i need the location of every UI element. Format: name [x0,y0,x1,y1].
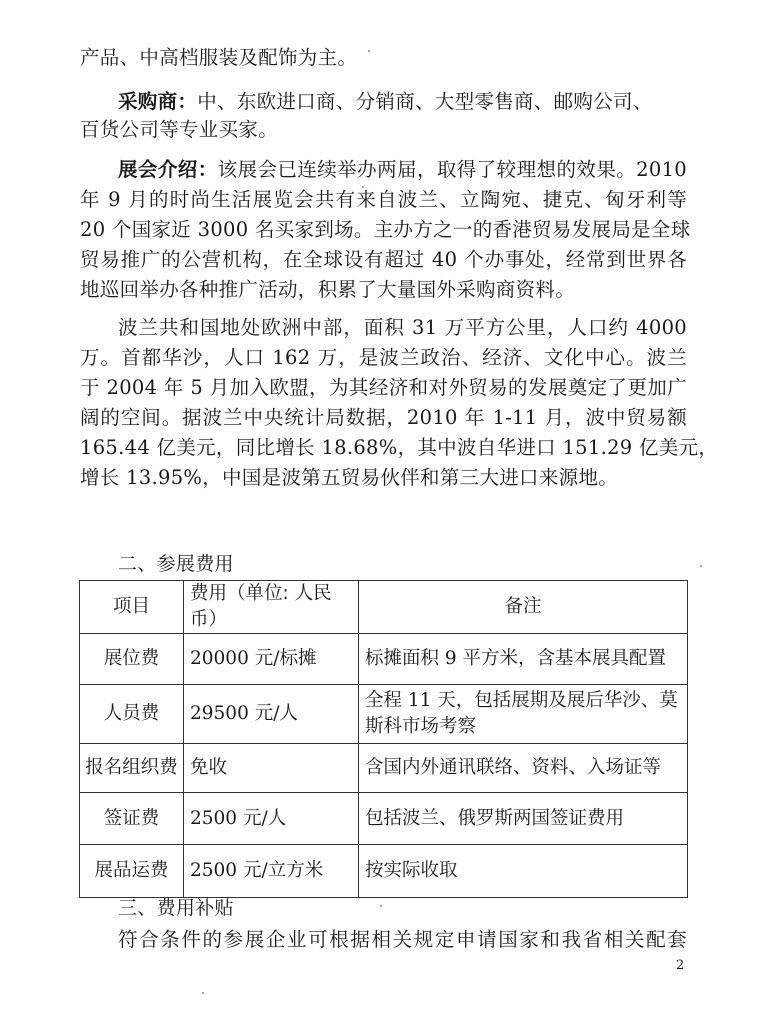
fee-cell: 20000 元/标摊 [184,634,359,685]
column-header: 项目 [80,581,184,634]
table-row: 报名组织费 免收 含国内外通讯联络、资料、入场证等 [80,744,688,793]
page-number: 2 [676,958,684,973]
item-cell: 展品运费 [80,845,184,898]
paragraph-line: 年 9 月的时尚生活展览会共有来自波兰、立陶宛、捷克、匈牙利等 [80,188,687,212]
paragraph-line: 万。首都华沙，人口 162 万，是波兰政治、经济、文化中心。波兰 [80,346,687,370]
scan-speck [368,50,370,52]
paragraph-line: 贸易推广的公营机构，在全球设有超过 40 个办事处，经常到世界各 [80,248,687,272]
paragraph-line: 165.44 亿美元，同比增长 18.68%，其中波自华进口 151.29 亿美… [80,436,687,460]
paragraph-line: 符合条件的参展企业可根据相关规定申请国家和我省相关配套 [118,928,687,952]
intro-paragraph: 展会介绍：该展会已连续举办两届，取得了较理想的效果。2010 [118,158,687,182]
fee-table: 项目 费用（单位: 人民币） 备注 展位费 20000 元/标摊 标摊面积 9 … [79,580,688,898]
note-cell: 包括波兰、俄罗斯两国签证费用 [359,793,688,845]
item-cell: 展位费 [80,634,184,685]
fee-cell: 2500 元/人 [184,793,359,845]
paragraph-line: 于 2004 年 5 月加入欧盟，为其经济和对外贸易的发展奠定了更加广 [80,376,687,400]
buyers-paragraph: 采购商：中、东欧进口商、分销商、大型零售商、邮购公司、 [118,90,687,114]
paragraph-line: 百货公司等专业买家。 [80,118,278,142]
paragraph-line: 地巡回举办各种推广活动，积累了大量国外采购商资料。 [80,278,575,302]
section-heading-fees: 二、参展费用 [118,552,234,576]
table-row: 人员费 29500 元/人 全程 11 天，包括展期及展后华沙、莫斯科市场考察 [80,685,688,744]
note-cell: 标摊面积 9 平方米，含基本展具配置 [359,634,688,685]
table-row: 展品运费 2500 元/立方米 按实际收取 [80,845,688,898]
table-header-row: 项目 费用（单位: 人民币） 备注 [80,581,688,634]
scan-speck [202,992,204,994]
item-cell: 人员费 [80,685,184,744]
paragraph-line: 该展会已连续举办两届，取得了较理想的效果。2010 [218,158,687,181]
note-cell: 全程 11 天，包括展期及展后华沙、莫斯科市场考察 [359,685,688,744]
note-cell: 含国内外通讯联络、资料、入场证等 [359,744,688,793]
buyers-label: 采购商： [118,90,197,113]
fee-cell: 免收 [184,744,359,793]
item-cell: 报名组织费 [80,744,184,793]
note-cell: 按实际收取 [359,845,688,898]
column-header: 备注 [359,581,688,634]
column-header: 费用（单位: 人民币） [184,581,359,634]
table-row: 签证费 2500 元/人 包括波兰、俄罗斯两国签证费用 [80,793,688,845]
scan-speck [700,565,702,567]
paragraph-line: 增长 13.95%，中国是波第五贸易伙伴和第三大进口来源地。 [80,466,618,490]
item-cell: 签证费 [80,793,184,845]
table-row: 展位费 20000 元/标摊 标摊面积 9 平方米，含基本展具配置 [80,634,688,685]
scan-speck [380,905,382,907]
paragraph-line: 产品、中高档服装及配饰为主。 [80,46,357,70]
paragraph-line: 20 个国家近 3000 名买家到场。主办方之一的香港贸易发展局是全球 [80,218,687,242]
section-heading-subsidy: 三、费用补贴 [118,896,234,920]
intro-label: 展会介绍： [118,158,218,181]
scan-speck [362,186,364,188]
fee-cell: 29500 元/人 [184,685,359,744]
paragraph-line: 阔的空间。据波兰中央统计局数据，2010 年 1-11 月，波中贸易额 [80,406,687,430]
paragraph-line: 中、东欧进口商、分销商、大型零售商、邮购公司、 [197,90,652,113]
fee-cell: 2500 元/立方米 [184,845,359,898]
paragraph-line: 波兰共和国地处欧洲中部，面积 31 万平方公里，人口约 4000 [118,316,687,340]
